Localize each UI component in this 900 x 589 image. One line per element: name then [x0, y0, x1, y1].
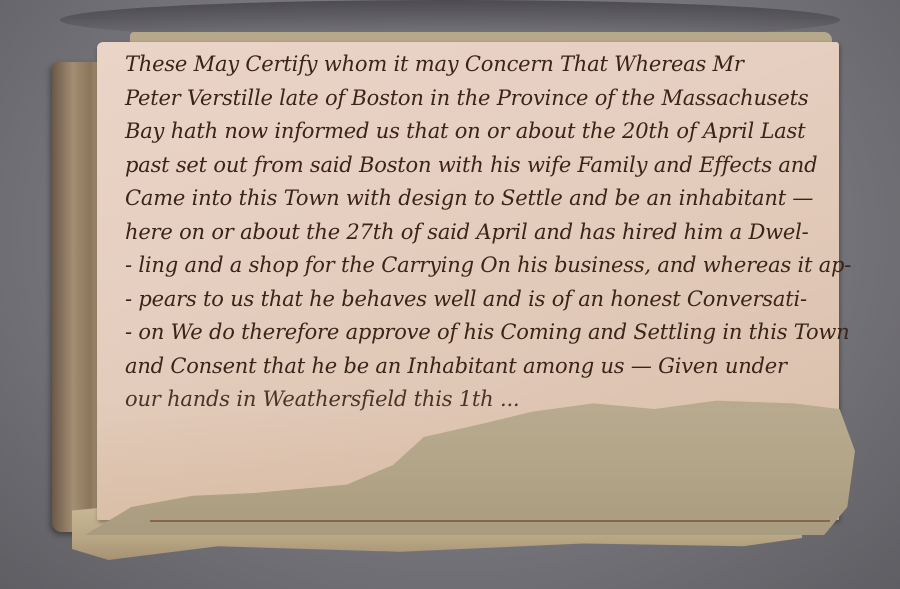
text-line-8: - pears to us that he behaves well and i… [125, 283, 845, 317]
text-line-2: Peter Verstille late of Boston in the Pr… [125, 82, 845, 116]
text-line-9: - on We do therefore approve of his Comi… [125, 316, 845, 350]
text-line-6: here on or about the 27th of said April … [125, 216, 845, 250]
text-line-1: These May Certify whom it may Concern Th… [125, 48, 845, 82]
text-line-3: Bay hath now informed us that on or abou… [125, 115, 845, 149]
rust-stain [150, 520, 830, 522]
text-line-5: Came into this Town with design to Settl… [125, 182, 845, 216]
handwritten-text: These May Certify whom it may Concern Th… [125, 48, 845, 417]
text-line-10: and Consent that he be an Inhabitant amo… [125, 350, 845, 384]
text-line-7: - ling and a shop for the Carrying On hi… [125, 249, 845, 283]
text-line-4: past set out from said Boston with his w… [125, 149, 845, 183]
